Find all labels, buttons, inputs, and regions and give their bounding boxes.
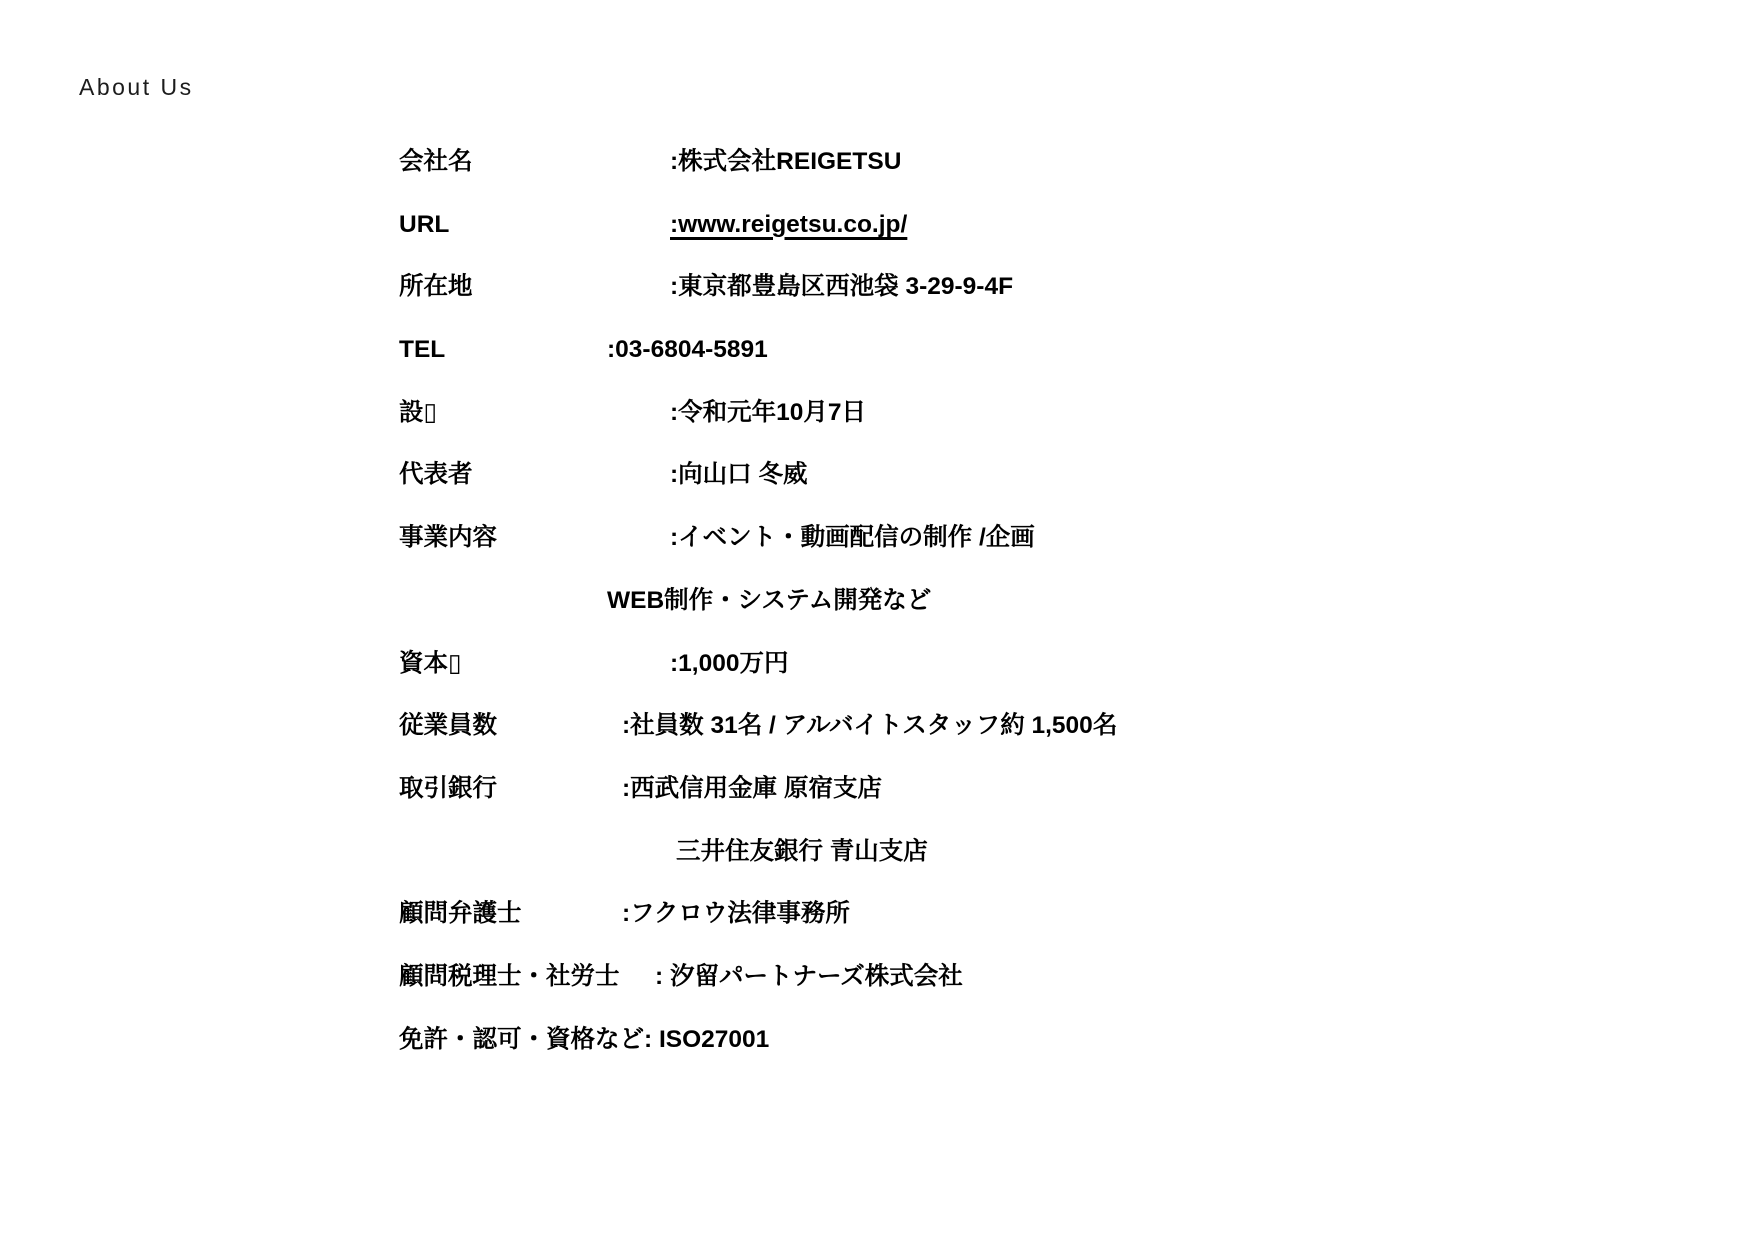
info-row-tel: TEL :03-6804-5891 xyxy=(399,319,1699,382)
info-value: :フクロウ法律事務所 xyxy=(622,883,850,946)
info-label: 設▯ xyxy=(399,382,437,445)
info-label: 代表者 xyxy=(399,444,473,507)
info-label: 会社名 xyxy=(399,131,473,194)
url-link[interactable]: :www.reigetsu.co.jp/ xyxy=(670,194,907,257)
info-row-banks-cont: 三井住友銀行 青山支店 xyxy=(399,821,1699,884)
info-row-established: 設▯ :令和元年10月7日 xyxy=(399,382,1699,445)
info-label: URL xyxy=(399,194,449,257)
info-row-licenses: 免許・認可・資格など : ISO27001 xyxy=(399,1009,1699,1072)
info-row-tax-advisor: 顧問税理士・社労士 : 汐留パートナーズ株式会社 xyxy=(399,946,1699,1009)
info-value: :東京都豊島区西池袋 3-29-9-4F xyxy=(670,256,1013,319)
info-value: :イベント・動画配信の制作 /企画 xyxy=(670,507,1035,570)
info-row-representative: 代表者 :向山口 冬威 xyxy=(399,444,1699,507)
info-value: :向山口 冬威 xyxy=(670,444,807,507)
company-info-list: 会社名 :株式会社REIGETSU URL :www.reigetsu.co.j… xyxy=(399,131,1699,1071)
info-value: WEB制作・システム開発など xyxy=(607,570,931,633)
info-label: 事業内容 xyxy=(399,507,497,570)
info-value: : ISO27001 xyxy=(644,1009,769,1072)
info-row-url: URL :www.reigetsu.co.jp/ xyxy=(399,194,1699,257)
info-label: 取引銀行 xyxy=(399,758,497,821)
info-label: 顧問弁護士 xyxy=(399,883,522,946)
info-label: 資本▯ xyxy=(399,633,461,696)
info-row-banks: 取引銀行 :西武信用金庫 原宿支店 xyxy=(399,758,1699,821)
info-label: 免許・認可・資格など xyxy=(399,1009,644,1072)
info-row-business: 事業内容 :イベント・動画配信の制作 /企画 xyxy=(399,507,1699,570)
info-label: TEL xyxy=(399,319,445,382)
info-row-business-cont: WEB制作・システム開発など xyxy=(399,570,1699,633)
info-row-employees: 従業員数 :社員数 31名 / アルバイトスタッフ約 1,500名 xyxy=(399,695,1699,758)
info-value: :03-6804-5891 xyxy=(607,319,768,382)
info-label: 所在地 xyxy=(399,256,473,319)
info-row-lawyer: 顧問弁護士 :フクロウ法律事務所 xyxy=(399,883,1699,946)
info-value: 三井住友銀行 青山支店 xyxy=(676,821,928,884)
info-value: :令和元年10月7日 xyxy=(670,382,866,445)
page-title: About Us xyxy=(79,74,194,101)
info-value: : 汐留パートナーズ株式会社 xyxy=(655,946,963,1009)
info-label: 従業員数 xyxy=(399,695,497,758)
info-row-address: 所在地 :東京都豊島区西池袋 3-29-9-4F xyxy=(399,256,1699,319)
info-row-capital: 資本▯ :1,000万円 xyxy=(399,633,1699,696)
info-label: 顧問税理士・社労士 xyxy=(399,946,620,1009)
info-row-company-name: 会社名 :株式会社REIGETSU xyxy=(399,131,1699,194)
info-value: :株式会社REIGETSU xyxy=(670,131,901,194)
info-value: :社員数 31名 / アルバイトスタッフ約 1,500名 xyxy=(622,695,1117,758)
info-value: :1,000万円 xyxy=(670,633,788,696)
info-value: :西武信用金庫 原宿支店 xyxy=(622,758,882,821)
